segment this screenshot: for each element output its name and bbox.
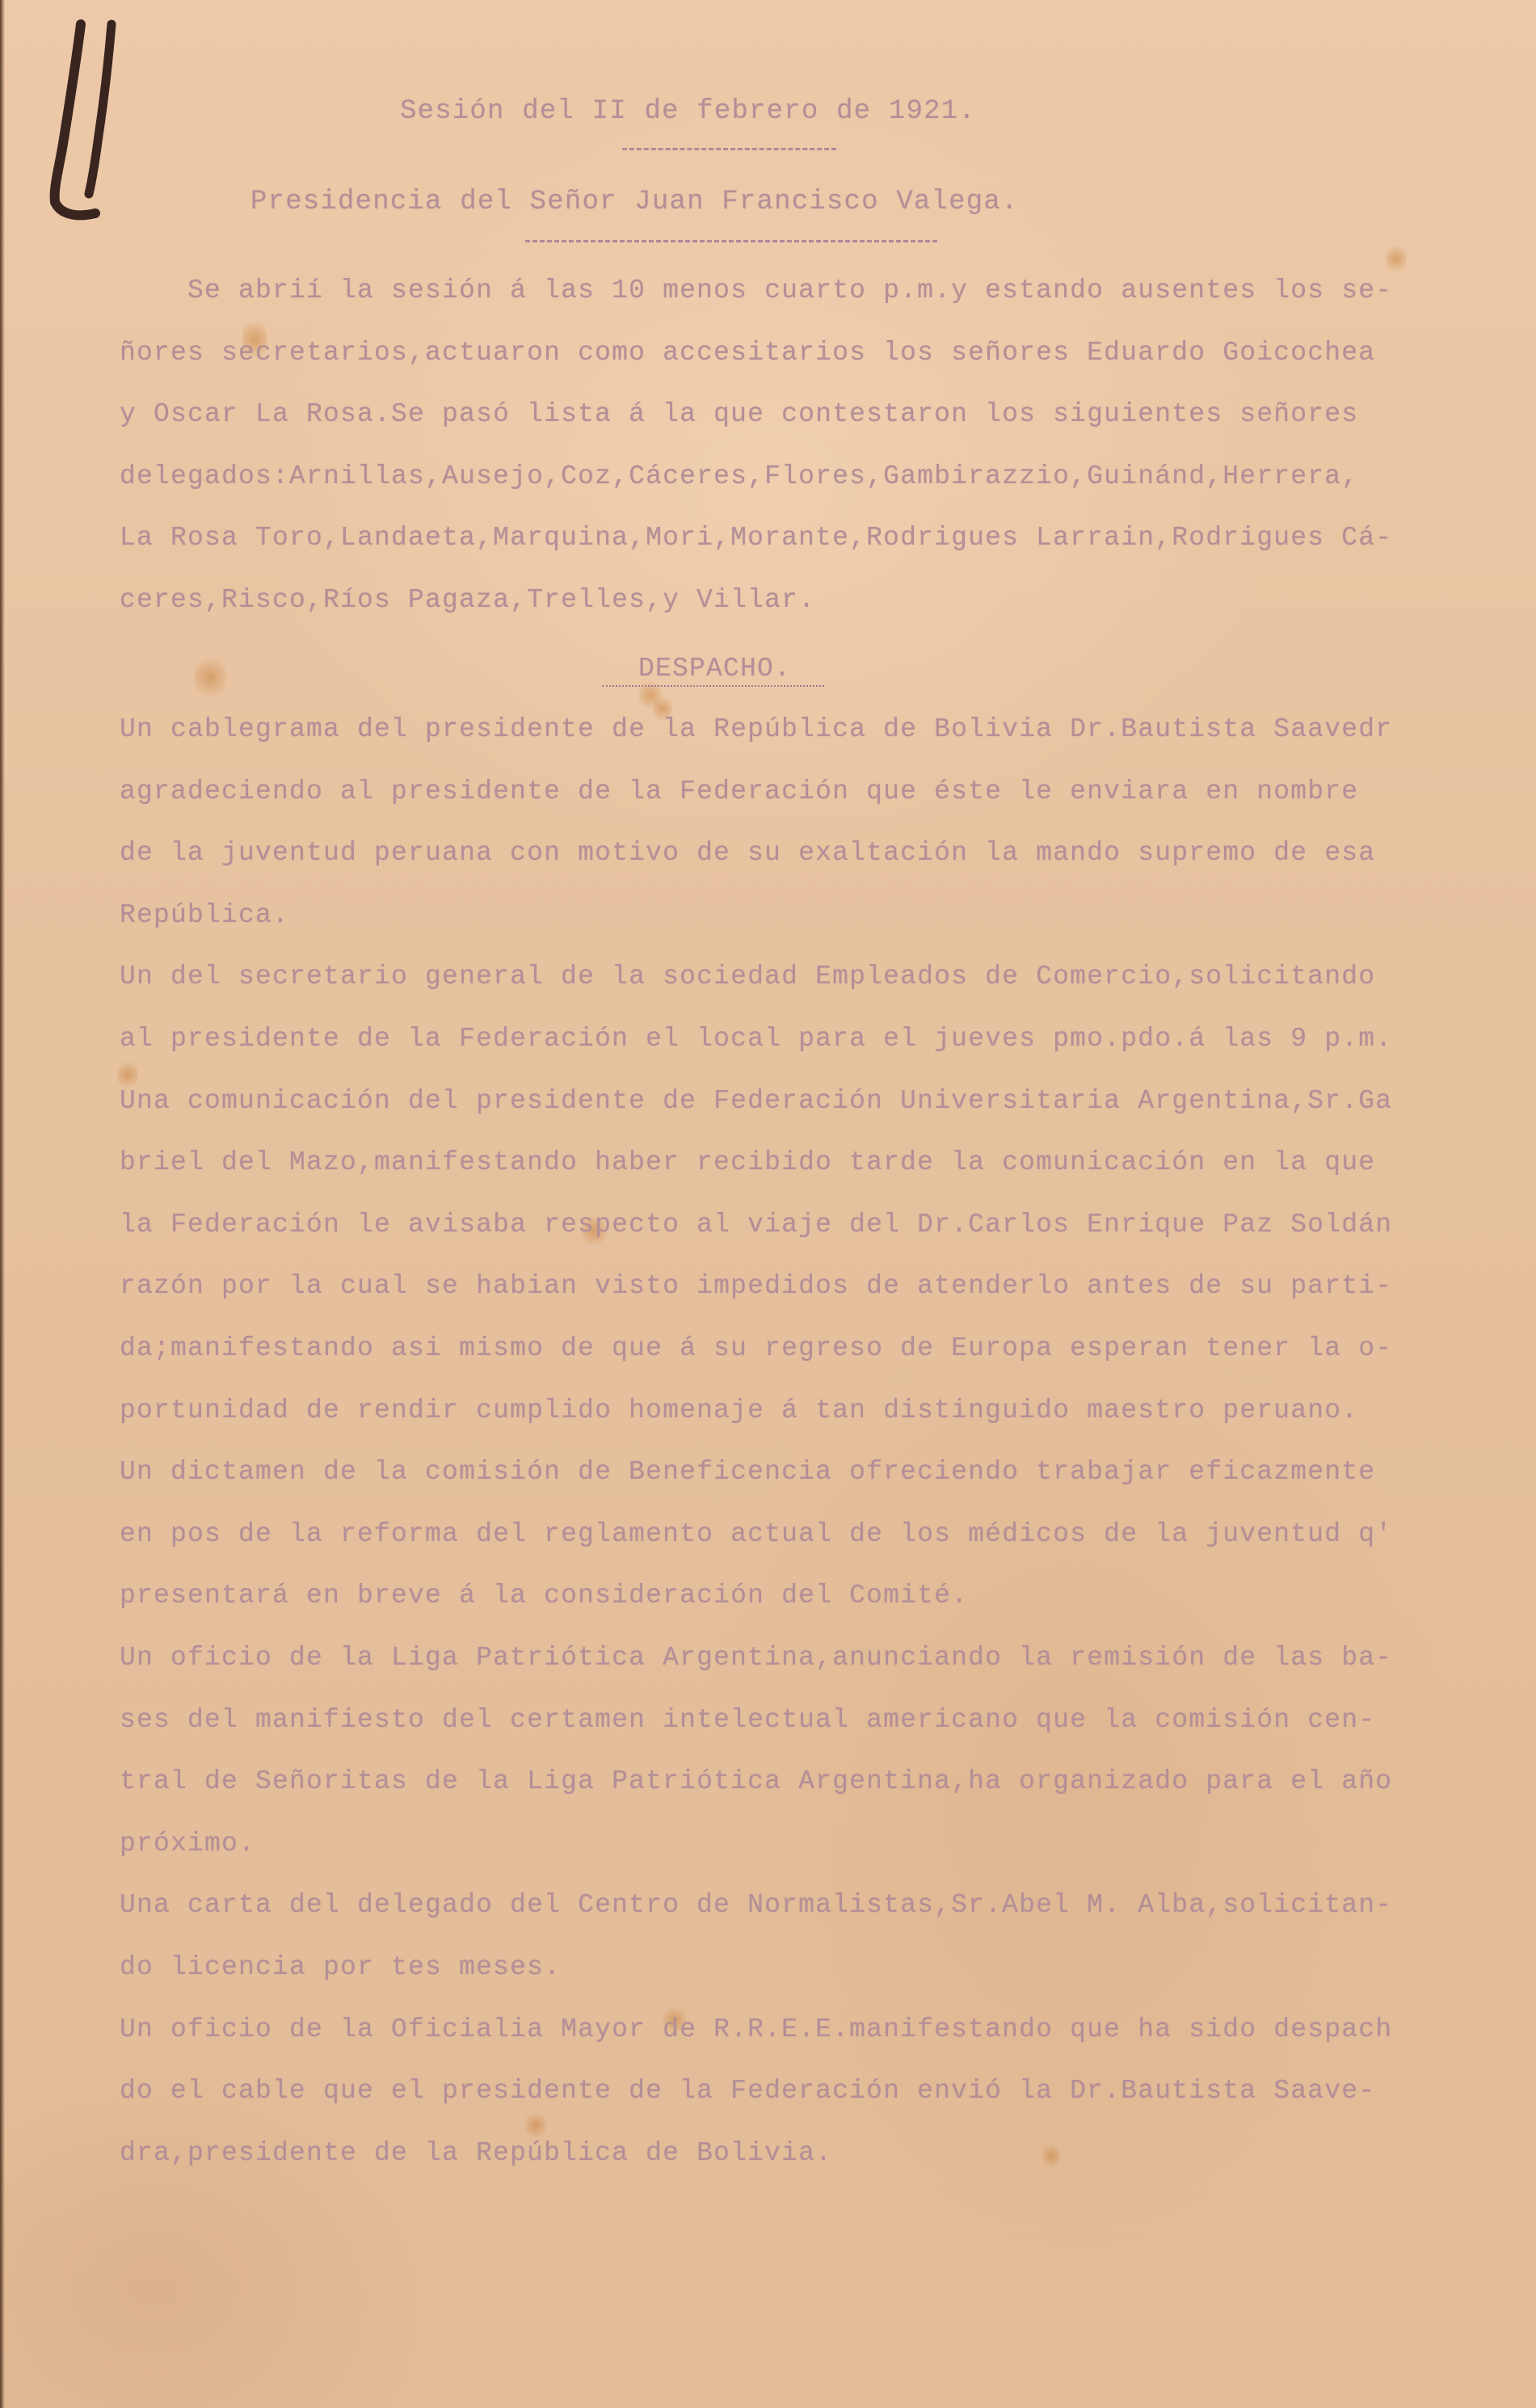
paper-stain — [1042, 2141, 1060, 2170]
despacho-text-line: Un oficio de la Liga Patriótica Argentin… — [120, 1642, 1392, 1674]
despacho-text-line: República. — [120, 899, 289, 932]
title-divider — [622, 148, 836, 150]
despacho-text-line: ses del manifiesto del certamen intelect… — [120, 1704, 1375, 1737]
opening-text-line: delegados:Arnillas,Ausejo,Coz,Cáceres,Fl… — [120, 461, 1358, 493]
opening-text-line: ceres,Risco,Ríos Pagaza,Trelles,y Villar… — [120, 584, 815, 617]
session-title: Sesión del II de febrero de 1921. — [400, 95, 976, 128]
presidency-line: Presidencia del Señor Juan Francisco Val… — [250, 186, 1019, 218]
despacho-text-line: Una comunicación del presidente de Feder… — [120, 1085, 1392, 1118]
presidency-divider — [525, 240, 937, 242]
despacho-text-line: la Federación le avisaba respecto al via… — [120, 1209, 1392, 1241]
handwritten-mark — [24, 15, 121, 225]
despacho-text-line: portunidad de rendir cumplido homenaje á… — [120, 1395, 1358, 1427]
despacho-text-line: en pos de la reforma del reglamento actu… — [120, 1518, 1392, 1551]
despacho-text-line: próximo. — [120, 1828, 255, 1860]
despacho-text-line: do licencia por tes meses. — [120, 1951, 561, 1984]
opening-text-line: ñores secretarios,actuaron como accesita… — [120, 337, 1375, 369]
page-edge-shadow — [0, 0, 5, 2408]
paper-stain — [1386, 242, 1407, 275]
despacho-text-line: briel del Mazo,manifestando haber recibi… — [120, 1147, 1375, 1179]
despacho-text-line: dra,presidente de la República de Bolivi… — [120, 2137, 832, 2170]
document-page: Sesión del II de febrero de 1921. Presid… — [0, 0, 1536, 2408]
despacho-text-line: da;manifestando asi mismo de que á su re… — [120, 1332, 1392, 1365]
section-heading-despacho: DESPACHO. — [638, 653, 791, 685]
opening-text-line: La Rosa Toro,Landaeta,Marquina,Mori,Mora… — [120, 522, 1392, 554]
despacho-text-line: Una carta del delegado del Centro de Nor… — [120, 1889, 1392, 1922]
despacho-text-line: Un cablegrama del presidente de la Repúb… — [120, 714, 1392, 746]
despacho-text-line: presentará en breve á la consideración d… — [120, 1580, 968, 1612]
despacho-text-line: tral de Señoritas de la Liga Patriótica … — [120, 1766, 1392, 1798]
section-heading-underline — [602, 685, 824, 687]
despacho-text-line: Un dictamen de la comisión de Beneficenc… — [120, 1456, 1375, 1488]
despacho-text-line: al presidente de la Federación el local … — [120, 1023, 1392, 1055]
opening-text-line: y Oscar La Rosa.Se pasó lista á la que c… — [120, 398, 1358, 431]
despacho-text-line: agradeciendo al presidente de la Federac… — [120, 776, 1358, 808]
opening-text-line: Se abrií la sesión á las 10 menos cuarto… — [120, 275, 1392, 307]
despacho-text-line: do el cable que el presidente de la Fede… — [120, 2075, 1375, 2107]
despacho-text-line: Un oficio de la Oficialia Mayor de R.R.E… — [120, 2014, 1392, 2046]
paper-stain — [194, 653, 226, 701]
despacho-text-line: Un del secretario general de la sociedad… — [120, 961, 1375, 993]
despacho-text-line: razón por la cual se habian visto impedi… — [120, 1270, 1392, 1303]
despacho-text-line: de la juventud peruana con motivo de su … — [120, 837, 1375, 869]
